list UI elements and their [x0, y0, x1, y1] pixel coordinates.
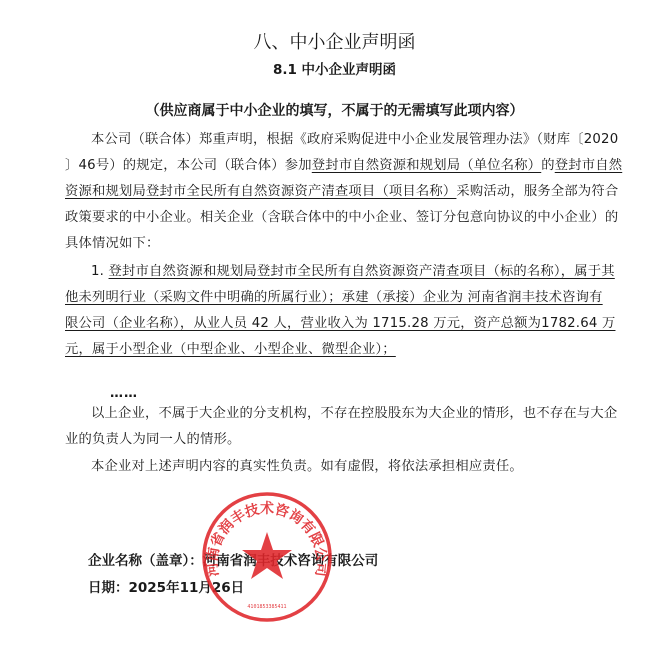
item1-line4: 元，属于小型企业（中型企业、小型企业、微型企业）；	[65, 341, 615, 359]
ellipsis: ……	[110, 386, 138, 401]
item1-line1: 1. 登封市自然资源和规划局登封市全民所有自然资源资产清查项目（标的名称），属于…	[65, 263, 615, 281]
company-signature: 企业名称（盖章）：河南省润丰技术咨询有限公司	[88, 549, 378, 569]
item1-line2: 他未列明行业（采购文件中明确的所属行业）；承建（承接）企业为 河南省润丰技术咨询…	[65, 289, 615, 307]
company-label: 企业名称（盖章）：	[88, 553, 203, 569]
item1-line3: 限公司（企业名称），从业人员 42 人，营业收入为 1715.28 万元，资产总…	[65, 315, 615, 333]
para1-line2: 〕46号）的规定，本公司（联合体）参加登封市自然资源和规划局（单位名称）的登封市…	[65, 157, 615, 175]
enterprise-size: 小型企业（中型企业、小型企业、微型企业）；	[119, 342, 396, 357]
para1-line3: 资源和规划局登封市全民所有自然资源资产清查项目（项目名称）采购活动，服务全部为符…	[65, 183, 615, 201]
company-name: 河南省润丰技术咨询有限公司	[203, 553, 379, 569]
para2-line1: 以上企业，不属于大企业的分支机构，不存在控股股东为大企业的情形，也不存在与大企	[65, 405, 615, 423]
text: 〕46号）的规定，本公司（联合体）参加	[65, 158, 312, 173]
item-text: 限公司（企业名称），从业人员 42 人，营业收入为 1715.28 万元，资产总…	[65, 316, 615, 331]
text: 采购活动，服务全部为符合	[456, 184, 618, 199]
signature-date: 日期：2025年11月26日	[88, 576, 244, 596]
instruction-note: （供应商属于中小企业的填写，不属于的无需填写此项内容）	[0, 100, 669, 120]
item-number: 1.	[91, 264, 104, 279]
unit-name: 登封市自然资源和规划局（单位名称）	[312, 158, 541, 173]
paragraph-responsibility: 本企业对上述声明内容的真实性负责。如有虚假，将依法承担相应责任。	[65, 458, 615, 476]
page-title: 八、中小企业声明函	[0, 28, 669, 54]
project-name: 资源和规划局登封市全民所有自然资源资产清查项目（项目名称）	[65, 184, 456, 199]
item-text: 他未列明行业（采购文件中明确的所属行业）；承建（承接）企业为 河南省润丰技术咨询…	[65, 290, 603, 305]
svg-text:4101853385411: 4101853385411	[247, 604, 286, 610]
date-value: 2025年11月26日	[129, 580, 245, 596]
item-text: 登封市自然资源和规划局登封市全民所有自然资源资产清查项目（标的名称），属于其	[109, 264, 615, 279]
date-label: 日期：	[88, 580, 129, 596]
project-name-start: 登封市自然	[555, 158, 622, 173]
para1-line5: 具体情况如下：	[65, 235, 615, 253]
para1-line4: 政策要求的中小企业。相关企业（含联合体中的中小企业、签订分包意向协议的中小企业）…	[65, 209, 615, 227]
section-subtitle: 8.1 中小企业声明函	[0, 58, 669, 78]
para2-line2: 业的负责人为同一人的情形。	[65, 431, 615, 449]
para1-line1: 本公司（联合体）郑重声明，根据《政府采购促进中小企业发展管理办法》（财库〔202…	[65, 131, 615, 149]
item-text: 元，属于	[65, 342, 119, 357]
text: 的	[541, 158, 555, 173]
